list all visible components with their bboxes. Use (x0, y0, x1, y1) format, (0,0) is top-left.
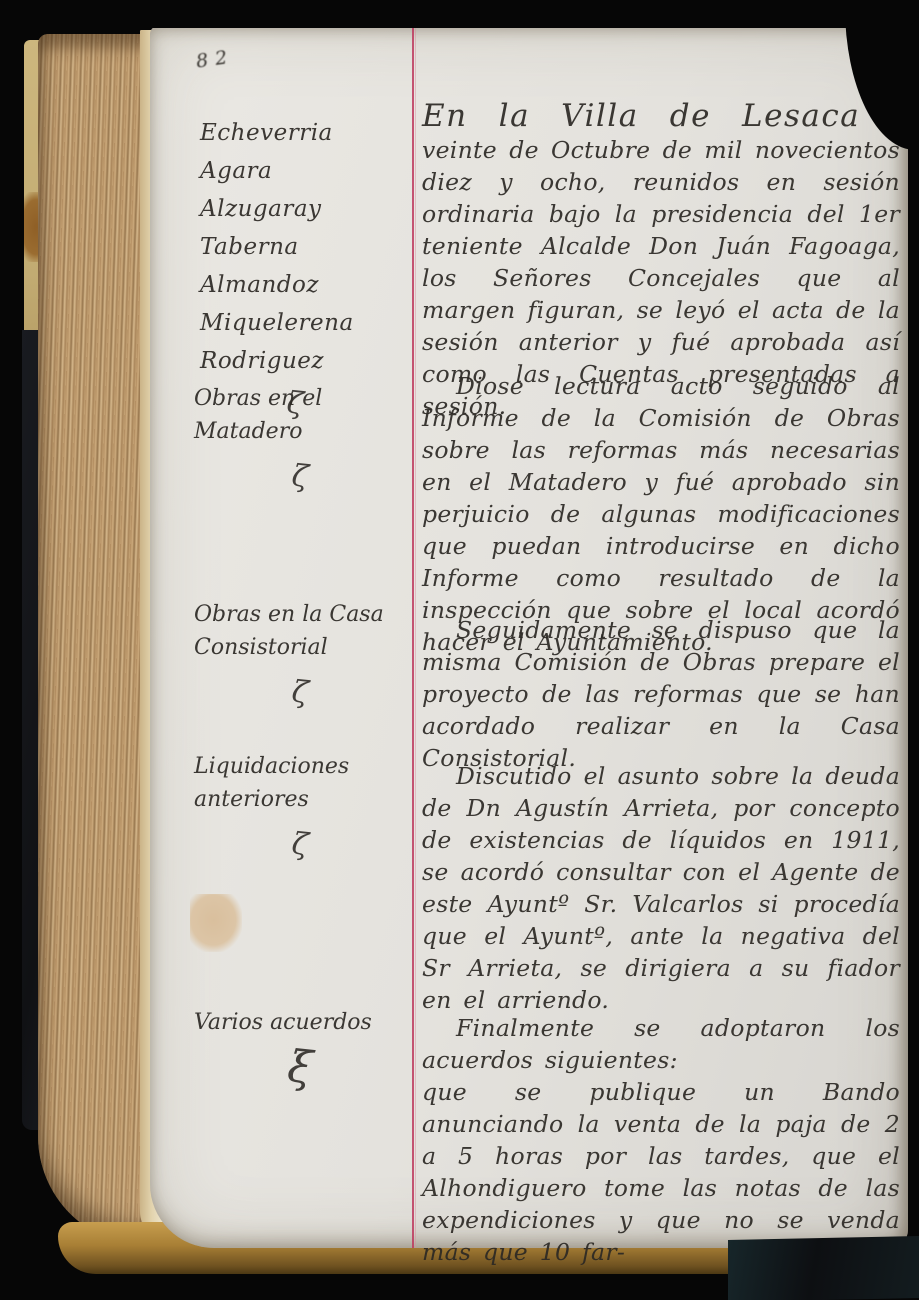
body-paragraph: Seguidamente se dispuso que la misma Com… (422, 614, 900, 774)
body-paragraph: Discutido el asunto sobre la deuda de Dn… (422, 760, 900, 1016)
margin-section-obras-casa: Obras en la Casa Consistorial ζ (194, 598, 406, 709)
body-paragraph: Finalmente se adoptaron los acuerdos sig… (422, 1012, 900, 1076)
margin-section-label: Obras en el Matadero (194, 382, 406, 448)
margin-section-liquidaciones: Liquidaciones anteriores ζ (194, 750, 406, 861)
ink-flourish: ζ (194, 460, 406, 493)
red-margin-line-soft (415, 26, 416, 1248)
backdrop-top (0, 0, 919, 28)
attendee-list: Echeverria Agara Alzugaray Taberna Alman… (200, 114, 354, 380)
margin-section-label: Obras en la Casa Consistorial (194, 598, 406, 664)
attendee-name: Rodriguez (200, 342, 354, 380)
manuscript-page: 82 Echeverria Agara Alzugaray Taberna Al… (150, 26, 908, 1248)
opening-phrase: En la Villa de Lesaca (422, 98, 860, 134)
book-photo: 82 Echeverria Agara Alzugaray Taberna Al… (0, 0, 919, 1300)
margin-section-label: Varios acuerdos (194, 1006, 406, 1039)
margin-section-label: Liquidaciones anteriores (194, 750, 406, 816)
attendee-name: Echeverria (200, 114, 354, 152)
attendee-name: Taberna (200, 228, 354, 266)
attendee-name: Miquelerena (200, 304, 354, 342)
leather-cover-bottom-right (728, 1236, 919, 1300)
ink-flourish: ξ (194, 1051, 406, 1084)
attendee-name: Alzugaray (200, 190, 354, 228)
paper-stain (190, 894, 242, 952)
red-margin-line (412, 26, 414, 1248)
attendee-name: Almandoz (200, 266, 354, 304)
attendee-name: Agara (200, 152, 354, 190)
ink-flourish: ζ (194, 828, 406, 861)
margin-section-obras-matadero: Obras en el Matadero ζ (194, 382, 406, 493)
margin-section-varios-acuerdos: Varios acuerdos ξ (194, 1006, 406, 1084)
ink-flourish: ζ (194, 676, 406, 709)
page-number-pencil: 82 (195, 45, 236, 72)
